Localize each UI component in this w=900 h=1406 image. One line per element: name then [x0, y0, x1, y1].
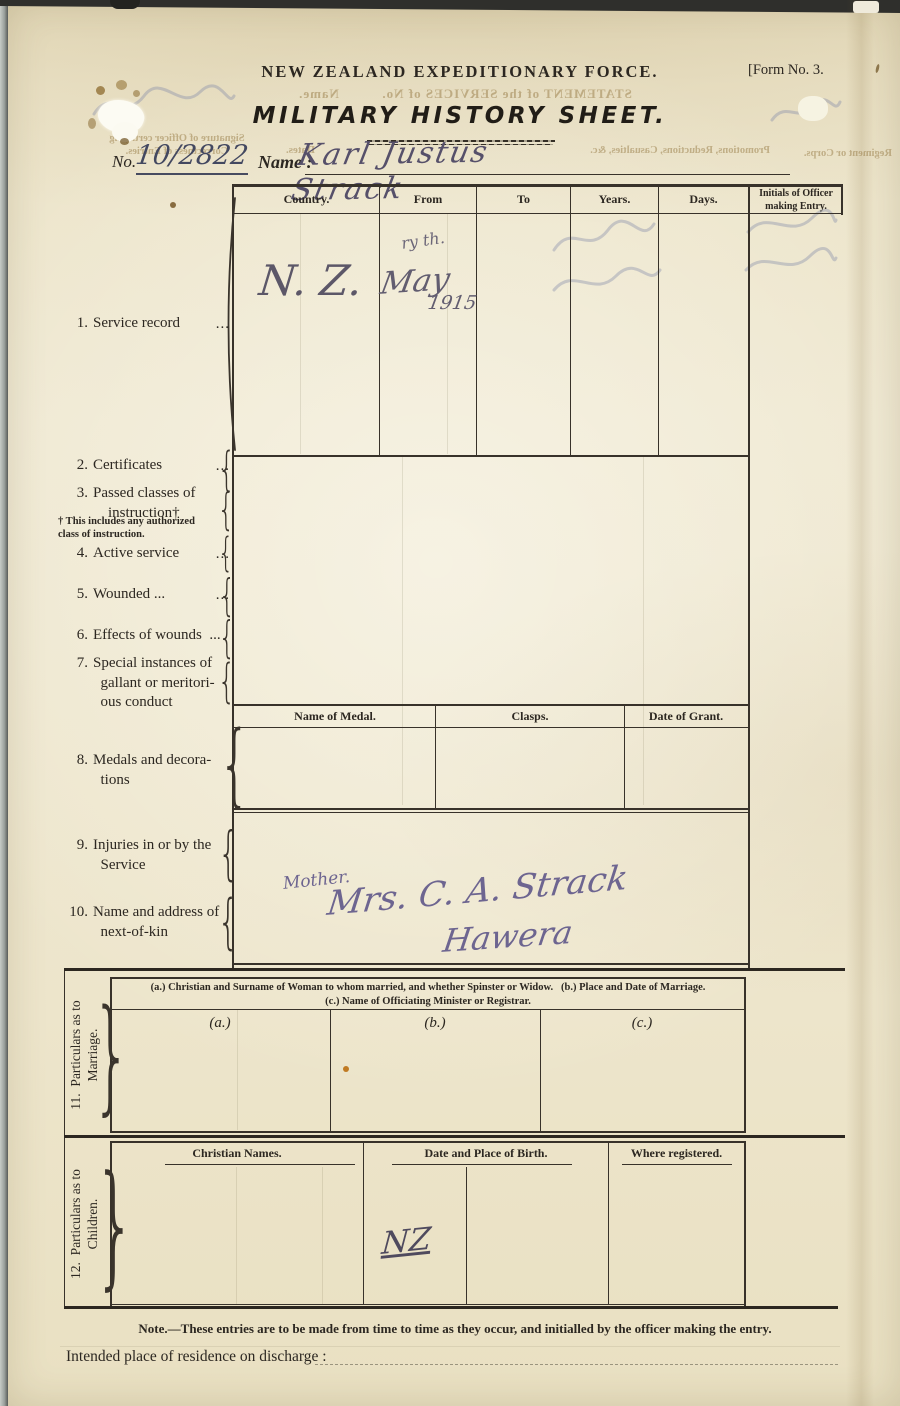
table-border: [232, 213, 843, 214]
item-label: Special instances of gallant or meritori…: [93, 654, 215, 713]
paper-crease: [846, 0, 874, 1406]
bleed-rule: [447, 214, 448, 454]
section-divider: [64, 1135, 845, 1138]
item-number: 2.: [62, 456, 93, 476]
column-header-from: From: [380, 192, 476, 207]
row-group-brace: {: [218, 658, 236, 704]
table-border: [466, 1167, 467, 1304]
table-border: [608, 1141, 609, 1304]
bleed-rule: [300, 214, 301, 454]
bleedthrough-statement: STATEMENT of the SERVICES of No. Name.: [235, 86, 695, 102]
force-header: NEW ZEALAND EXPEDITIONARY FORCE.: [180, 62, 740, 82]
table-border: [232, 184, 843, 187]
bleed-rule: [402, 457, 403, 805]
column-header-initials: Initials of Officer making Entry.: [750, 188, 842, 213]
row-group-brace: {: [218, 824, 238, 882]
brown-speck: [120, 138, 129, 145]
marriage-col-a: (a.): [110, 1015, 330, 1032]
item-label: Name and address of next-of-kin: [93, 903, 219, 942]
name-underline: [305, 174, 790, 175]
table-border: [110, 1131, 746, 1133]
table-border: [476, 184, 477, 456]
marriage-note: (a.) Christian and Surname of Woman to w…: [112, 981, 744, 1008]
brown-speck: [170, 202, 176, 208]
table-border: [110, 1141, 746, 1143]
row-group-brace: {: [218, 533, 233, 573]
page-title: MILITARY HISTORY SHEET.: [180, 103, 740, 129]
item-number: 9.: [62, 836, 93, 875]
table-border: [234, 808, 748, 810]
table-border: [744, 1141, 746, 1306]
form-item-8: 8. Medals and decora- tions: [62, 751, 236, 790]
bottom-border: [64, 1306, 838, 1309]
column-header-grant: Date of Grant.: [625, 709, 747, 724]
children-col-registered: Where registered.: [609, 1146, 744, 1161]
item-label: Active service: [93, 544, 179, 564]
header-underline: [165, 1164, 355, 1165]
brown-speck: [116, 80, 127, 90]
marriage-col-c: (c.): [540, 1015, 744, 1032]
item-number: 5.: [62, 585, 93, 605]
section-brace: {: [91, 1158, 134, 1292]
bleed-rule: [236, 1167, 237, 1304]
item-3-footnote: † This includes any authorized class of …: [58, 516, 240, 541]
table-border: [64, 971, 65, 1306]
column-header-clasps: Clasps.: [436, 709, 624, 724]
table-border: [570, 184, 571, 456]
bleed-rule: [643, 457, 644, 805]
bleed-rule: [60, 1346, 840, 1347]
service-number-underline: [136, 173, 248, 175]
form-item-2: 2. Certificates ...: [62, 456, 236, 476]
item-number: 8.: [62, 751, 93, 790]
table-border: [658, 184, 659, 456]
table-border: [234, 812, 748, 813]
item-label: Wounded ...: [93, 585, 165, 605]
form-number: [Form No. 3.: [748, 62, 858, 79]
column-header-medal: Name of Medal.: [236, 709, 434, 724]
table-border: [748, 184, 750, 971]
children-col-birth: Date and Place of Birth.: [364, 1146, 608, 1161]
bleed-script-squiggle: [548, 260, 666, 302]
table-border: [234, 455, 748, 457]
column-header-to: To: [477, 192, 570, 207]
service-number-value: 10/2822: [134, 140, 268, 171]
item-label: Certificates: [93, 456, 162, 476]
table-border: [379, 184, 380, 456]
form-item-6: 6. Effects of wounds ...: [62, 626, 236, 646]
form-item-10: 10. Name and address of next-of-kin: [62, 903, 236, 942]
table-border: [110, 1009, 746, 1010]
edge-notch: [110, 0, 140, 9]
orange-speck: [343, 1066, 349, 1072]
brown-speck: [96, 86, 105, 95]
form-item-7: 7. Special instances of gallant or merit…: [62, 654, 236, 713]
form-item-9: 9. Injuries in or by the Service: [62, 836, 236, 875]
scanned-document: STATEMENT of the SERVICES of No. Name. S…: [0, 0, 900, 1406]
row-group-brace: {: [219, 720, 250, 810]
entry-country: N. Z.: [257, 256, 372, 305]
table-border: [744, 977, 746, 1133]
footer-note: Note.—These entries are to be made from …: [110, 1321, 800, 1337]
discharge-residence-line: [315, 1364, 838, 1365]
row-group-brace: {: [218, 488, 235, 532]
item-label: Medals and decora- tions: [93, 751, 211, 790]
bleed-script-squiggle: [548, 212, 660, 262]
item-number: 7.: [62, 654, 93, 713]
item-label: Injuries in or by the Service: [93, 836, 211, 875]
form-item-1: 1. Service record ...: [62, 314, 236, 334]
form-item-4: 4. Active service ...: [62, 544, 236, 564]
column-header-days: Days.: [659, 192, 748, 207]
bleed-script-squiggle: [742, 206, 840, 284]
column-header-years: Years.: [571, 192, 658, 207]
table-border: [110, 977, 746, 979]
paper-damage-white: [798, 96, 828, 121]
edge-notch: [853, 1, 879, 13]
scanner-edge-left: [0, 0, 8, 1406]
brown-speck: [88, 118, 96, 129]
entry-from-year: 1915: [426, 292, 490, 314]
form-item-5: 5. Wounded ... ...: [62, 585, 236, 605]
row-group-brace: {: [218, 892, 239, 952]
marriage-col-b: (b.): [330, 1015, 540, 1032]
bleed-rule: [322, 1167, 323, 1304]
item-number: 6.: [62, 626, 93, 646]
children-entry: NZ: [380, 1219, 453, 1262]
header-underline: [392, 1164, 572, 1165]
table-border: [363, 1141, 364, 1304]
item-number: 10.: [62, 903, 93, 942]
header-underline: [622, 1164, 732, 1165]
item-dots: ...: [216, 315, 230, 335]
brown-speck: [133, 90, 140, 97]
table-border: [234, 704, 748, 706]
column-header-country: Country.: [234, 192, 379, 207]
bleedthrough-regiment: Regiment or Corps.: [762, 148, 892, 159]
children-col-names: Christian Names.: [112, 1146, 362, 1161]
item-number: 4.: [62, 544, 93, 564]
bottom-border: [110, 1304, 746, 1305]
table-border: [234, 963, 748, 965]
table-border: [234, 727, 748, 728]
item-number: 1.: [62, 314, 93, 334]
section-divider: [64, 968, 845, 971]
item-label: Effects of wounds ...: [93, 626, 221, 646]
section-brace: {: [90, 994, 129, 1118]
item-label: Service record: [93, 314, 180, 334]
